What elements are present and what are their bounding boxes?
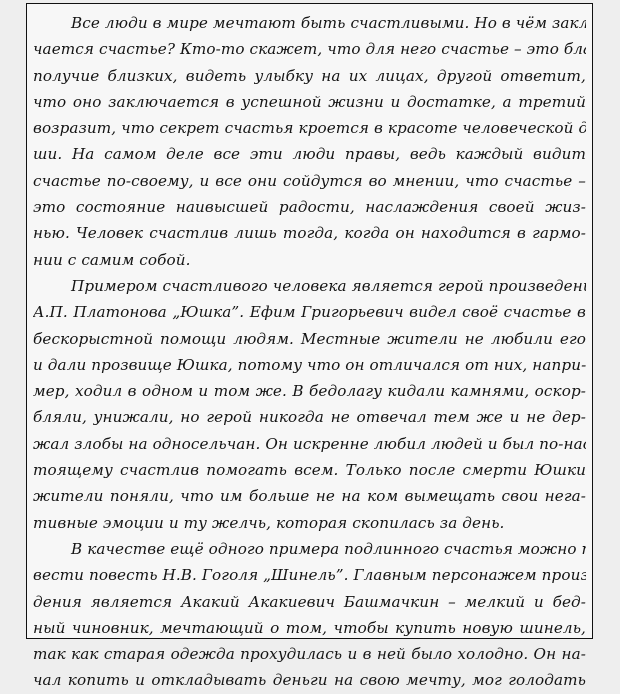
- essay-line: Все люди в мире мечтают быть счастливыми…: [33, 10, 586, 36]
- essay-line: дения является Акакий Акакиевич Башмачки…: [33, 589, 586, 615]
- essay-line: ный чиновник, мечтающий о том, чтобы куп…: [33, 615, 586, 641]
- essay-line: так как старая одежда прохудилась и в не…: [33, 641, 586, 648]
- essay-line: жители поняли, что им больше не на ком в…: [33, 483, 586, 509]
- essay-line: что оно заключается в успешной жизни и д…: [33, 89, 586, 115]
- essay-line: это состояние наивысшей радости, наслажд…: [33, 194, 586, 220]
- essay-line: А.П. Платонова „Юшка”. Ефим Григорьевич …: [33, 299, 586, 325]
- essay-line: бляли, унижали, но герой никогда не отве…: [33, 404, 586, 430]
- essay-line: ши. На самом деле все эти люди правы, ве…: [33, 141, 586, 167]
- essay-line: бескорыстной помощи людям. Местные жител…: [33, 326, 586, 352]
- essay-line: тивные эмоции и ту желчь, которая скопил…: [33, 510, 586, 536]
- essay-line: и дали прозвище Юшка, потому что он отли…: [33, 352, 586, 378]
- essay-line: нью. Человек счастлив лишь тогда, когда …: [33, 220, 586, 246]
- essay-line: жал злобы на односельчан. Он искренне лю…: [33, 431, 586, 457]
- essay-line: мер, ходил в одном и том же. В бедолагу …: [33, 378, 586, 404]
- essay-line: возразит, что секрет счастья кроется в к…: [33, 115, 586, 141]
- essay-line: чается счастье? Кто-то скажет, что для н…: [33, 36, 586, 62]
- essay-line: нии с самим собой.: [33, 247, 586, 273]
- essay-line: получие близких, видеть улыбку на их лиц…: [33, 63, 586, 89]
- essay-line: счастье по-своему, и все они сойдутся во…: [33, 168, 586, 194]
- essay-line: Примером счастливого человека является г…: [33, 273, 586, 299]
- essay-sheet: Все люди в мире мечтают быть счастливыми…: [26, 3, 593, 639]
- essay-text: Все люди в мире мечтают быть счастливыми…: [33, 10, 586, 648]
- essay-line: В качестве ещё одного примера подлинного…: [33, 536, 586, 562]
- essay-line: тоящему счастлив помогать всем. Только п…: [33, 457, 586, 483]
- essay-line: вести повесть Н.В. Гоголя „Шинель”. Глав…: [33, 562, 586, 588]
